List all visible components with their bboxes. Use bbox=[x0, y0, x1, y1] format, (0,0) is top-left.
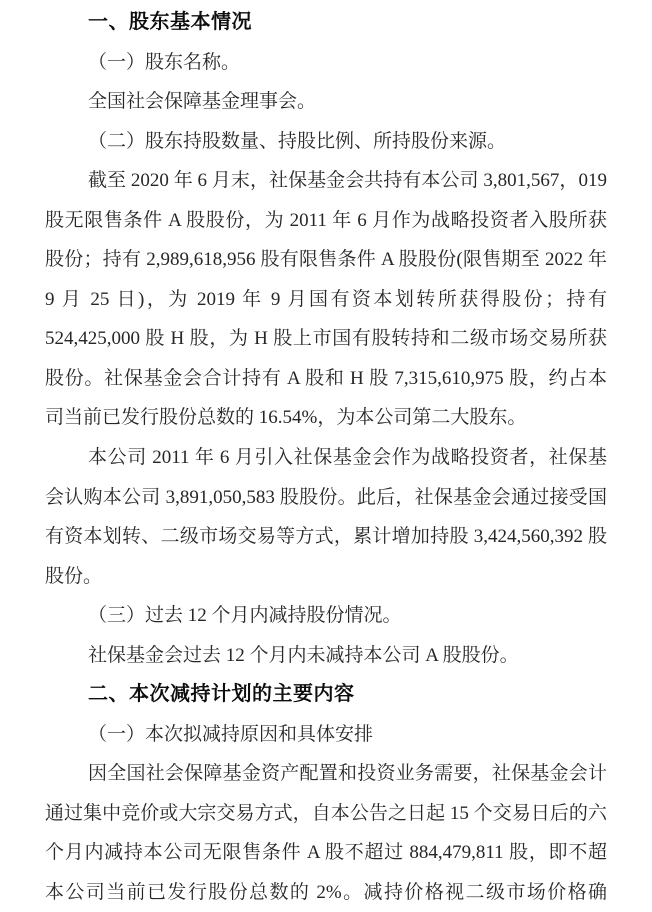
paragraph-line: 司当前已发行股份总数的 16.54%，为本公司第二大股东。 bbox=[45, 398, 607, 438]
paragraph-line: 因全国社会保障基金资产配置和投资业务需要，社保基金会计划 bbox=[45, 754, 607, 794]
paragraph-line: 股无限售条件 A 股股份，为 2011 年 6 月作为战略投资者入股所获得 bbox=[45, 201, 607, 241]
paragraph-line: 9 月 25 日)，为 2019 年 9 月国有资本划转所获得股份；持有 bbox=[45, 280, 607, 320]
paragraph-line: 有资本划转、二级市场交易等方式，累计增加持股 3,424,560,392 股 bbox=[45, 517, 607, 557]
paragraph-line: 会认购本公司 3,891,050,583 股股份。此后，社保基金会通过接受国 bbox=[45, 478, 607, 518]
paragraph-line: 股份；持有 2,989,618,956 股有限售条件 A 股股份(限售期至 20… bbox=[45, 240, 607, 280]
doc-line: （一）本次拟减持原因和具体安排 bbox=[45, 715, 607, 755]
section-heading: 二、本次减持计划的主要内容 bbox=[45, 675, 607, 715]
paragraph-line: 本公司当前已发行股份总数的 2%。减持价格视二级市场价格确定， bbox=[45, 873, 607, 912]
paragraph-line: 个月内减持本公司无限售条件 A 股不超过 884,479,811 股，即不超过 bbox=[45, 833, 607, 873]
document-page: 一、股东基本情况（一）股东名称。全国社会保障基金理事会。（二）股东持股数量、持股… bbox=[0, 0, 652, 912]
paragraph-line: 截至 2020 年 6 月末，社保基金会共持有本公司 3,801,567，019 bbox=[45, 161, 607, 201]
paragraph-line: 通过集中竞价或大宗交易方式，自本公告之日起 15 个交易日后的六 bbox=[45, 794, 607, 834]
paragraph-line: 股份。社保基金会合计持有 A 股和 H 股 7,315,610,975 股，约占… bbox=[45, 359, 607, 399]
doc-line: （一）股东名称。 bbox=[45, 43, 607, 83]
document-body: 一、股东基本情况（一）股东名称。全国社会保障基金理事会。（二）股东持股数量、持股… bbox=[0, 0, 652, 912]
doc-line: 全国社会保障基金理事会。 bbox=[45, 82, 607, 122]
doc-line: 社保基金会过去 12 个月内未减持本公司 A 股股份。 bbox=[45, 636, 607, 676]
paragraph-line: 524,425,000 股 H 股，为 H 股上市国有股转持和二级市场交易所获得 bbox=[45, 319, 607, 359]
section-heading: 一、股东基本情况 bbox=[45, 3, 607, 43]
paragraph-line: 本公司 2011 年 6 月引入社保基金会作为战略投资者，社保基金 bbox=[45, 438, 607, 478]
doc-line: （三）过去 12 个月内减持股份情况。 bbox=[45, 596, 607, 636]
paragraph-line: 股份。 bbox=[45, 557, 607, 597]
doc-line: （二）股东持股数量、持股比例、所持股份来源。 bbox=[45, 122, 607, 162]
